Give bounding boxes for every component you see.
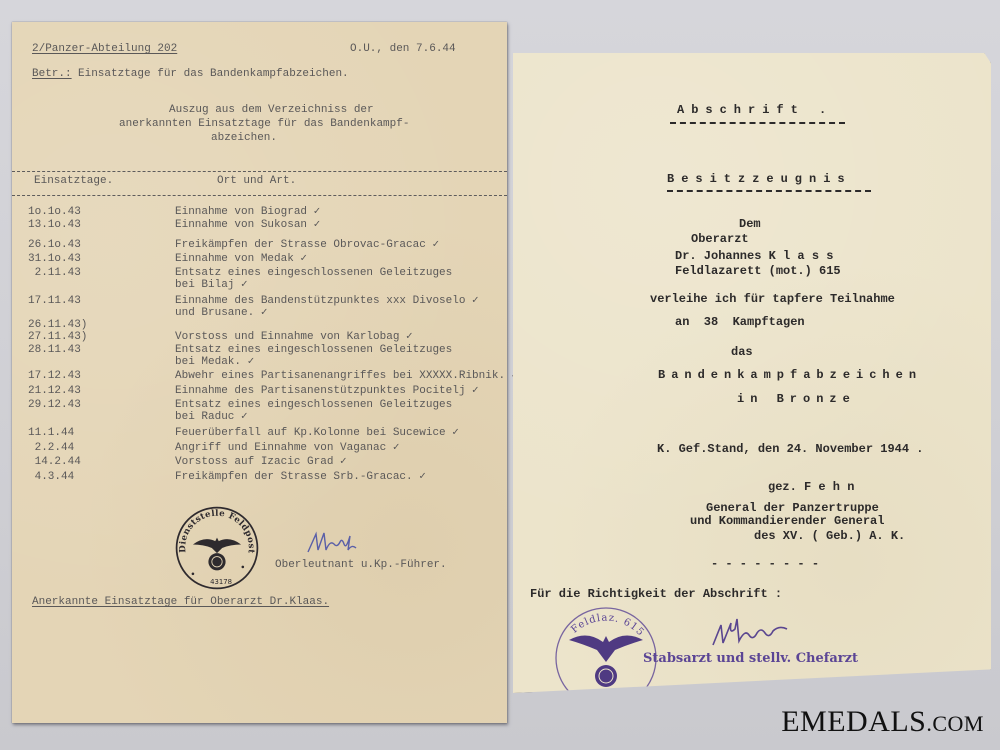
commander-signature <box>304 530 360 556</box>
footer-note: Anerkannte Einsatztage für Oberarzt Dr.K… <box>32 596 329 608</box>
row-entry: Entsatz eines eingeschlossenen Geleitzug… <box>175 267 452 291</box>
left-document: 2/Panzer-Abteilung 202 O.U., den 7.6.44 … <box>12 22 507 723</box>
row-date: 2.2.44 <box>28 442 74 454</box>
table-header-rule <box>12 195 507 196</box>
row-entry: Einnahme des Bandenstützpunktes xxx Divo… <box>175 295 479 319</box>
row-entry: Einnahme des Partisanenstützpunktes Poci… <box>175 385 479 397</box>
signer-line-2: und Kommandierender General <box>690 515 884 528</box>
row-entry: Vorstoss auf Izacic Grad ✓ <box>175 456 347 468</box>
row-date: 4.3.44 <box>28 471 74 483</box>
chief-physician-signature <box>709 615 793 651</box>
row-date: 26.11.43) 27.11.43) <box>28 319 87 343</box>
row-entry: Entsatz eines eingeschlossenen Geleitzug… <box>175 344 452 368</box>
award-line-3: das <box>731 346 753 359</box>
row-date: 14.2.44 <box>28 456 81 468</box>
doc-type-rule <box>667 190 871 192</box>
row-date: 21.12.43 <box>28 385 81 397</box>
official-stamp: Dienststelle Feldpostnummer 43178 <box>174 505 260 591</box>
award-line-1: verleihe ich für tapfere Teilnahme <box>650 293 895 306</box>
row-entry: Einnahme von Biograd ✓ <box>175 206 320 218</box>
signer-title: Oberleutnant u.Kp.-Führer. <box>275 559 447 571</box>
table-top-rule <box>12 171 507 172</box>
signer-line-3: des XV. ( Geb.) A. K. <box>754 530 905 543</box>
watermark-brand: EMEDALS <box>781 705 926 738</box>
row-date: 26.1o.43 <box>28 239 81 251</box>
recipient-unit: Feldlazarett (mot.) 615 <box>675 265 841 278</box>
unit-header: 2/Panzer-Abteilung 202 <box>32 43 177 55</box>
signer-stamp-text: Stabsarzt und stellv. Chefarzt <box>643 653 858 665</box>
row-entry: Feuerüberfall auf Kp.Kolonne bei Sucewic… <box>175 427 459 439</box>
row-entry: Abwehr eines Partisanenangriffes bei XXX… <box>175 370 518 382</box>
heading-line-1: Auszug aus dem Verzeichniss der <box>169 104 374 116</box>
svg-text:43178: 43178 <box>210 578 232 586</box>
row-entry: Angriff und Einnahme von Vaganac ✓ <box>175 442 399 454</box>
emedals-watermark: EMEDALS.COM <box>781 705 984 739</box>
row-entry: Einnahme von Sukosan ✓ <box>175 219 320 231</box>
row-entry: Freikämpfen der Strasse Obrovac-Gracac ✓ <box>175 239 439 251</box>
award-name: Bandenkampfabzeichen <box>658 369 922 382</box>
row-entry: Vorstoss und Einnahme von Karlobag ✓ <box>175 319 413 343</box>
row-date: 13.1o.43 <box>28 219 81 231</box>
recipient-name: Dr. Johannes K l a s s <box>675 250 833 263</box>
row-date: 11.1.44 <box>28 427 74 439</box>
signed-by: gez. F e h n <box>768 481 854 494</box>
subject-label: Betr.: <box>32 68 72 80</box>
place-date: O.U., den 7.6.44 <box>350 43 456 55</box>
row-entry: Freikämpfen der Strasse Srb.-Gracac. ✓ <box>175 471 426 483</box>
separator: - - - - - - - - <box>711 558 819 571</box>
row-date: 17.12.43 <box>28 370 81 382</box>
row-date: 1o.1o.43 <box>28 206 81 218</box>
column-header-entry: Ort und Art. <box>217 175 296 187</box>
row-entry: Einnahme von Medak ✓ <box>175 253 307 265</box>
row-date: 31.1o.43 <box>28 253 81 265</box>
title-rule <box>670 122 845 124</box>
doc-title: Abschrift . <box>677 104 833 117</box>
column-header-date: Einsatztage. <box>34 175 113 187</box>
row-entry: Entsatz eines eingeschlossenen Geleitzug… <box>175 399 452 423</box>
subject-text: Einsatztage für das Bandenkampfabzeichen… <box>78 68 349 80</box>
heading-line-3: abzeichen. <box>211 132 277 144</box>
recipient-line-2: Oberarzt <box>691 233 749 246</box>
eagle-stamp-icon: Dienststelle Feldpostnummer 43178 <box>174 505 260 591</box>
issue-place-date: K. Gef.Stand, den 24. November 1944 . <box>657 443 923 456</box>
row-date: 17.11.43 <box>28 295 81 307</box>
award-line-2: an 38 Kampftagen <box>675 316 805 329</box>
doc-type: Besitzzeugnis <box>667 173 852 186</box>
right-document: Abschrift . Besitzzeugnis Dem Oberarzt D… <box>513 53 991 693</box>
row-date: 29.12.43 <box>28 399 81 411</box>
heading-line-2: anerkannten Einsatztage für das Bandenka… <box>119 118 409 130</box>
recipient-line-1: Dem <box>739 218 761 231</box>
row-date: 2.11.43 <box>28 267 81 279</box>
row-date: 28.11.43 <box>28 344 81 356</box>
award-grade: in Bronze <box>737 393 856 406</box>
watermark-suffix: .COM <box>926 711 984 736</box>
